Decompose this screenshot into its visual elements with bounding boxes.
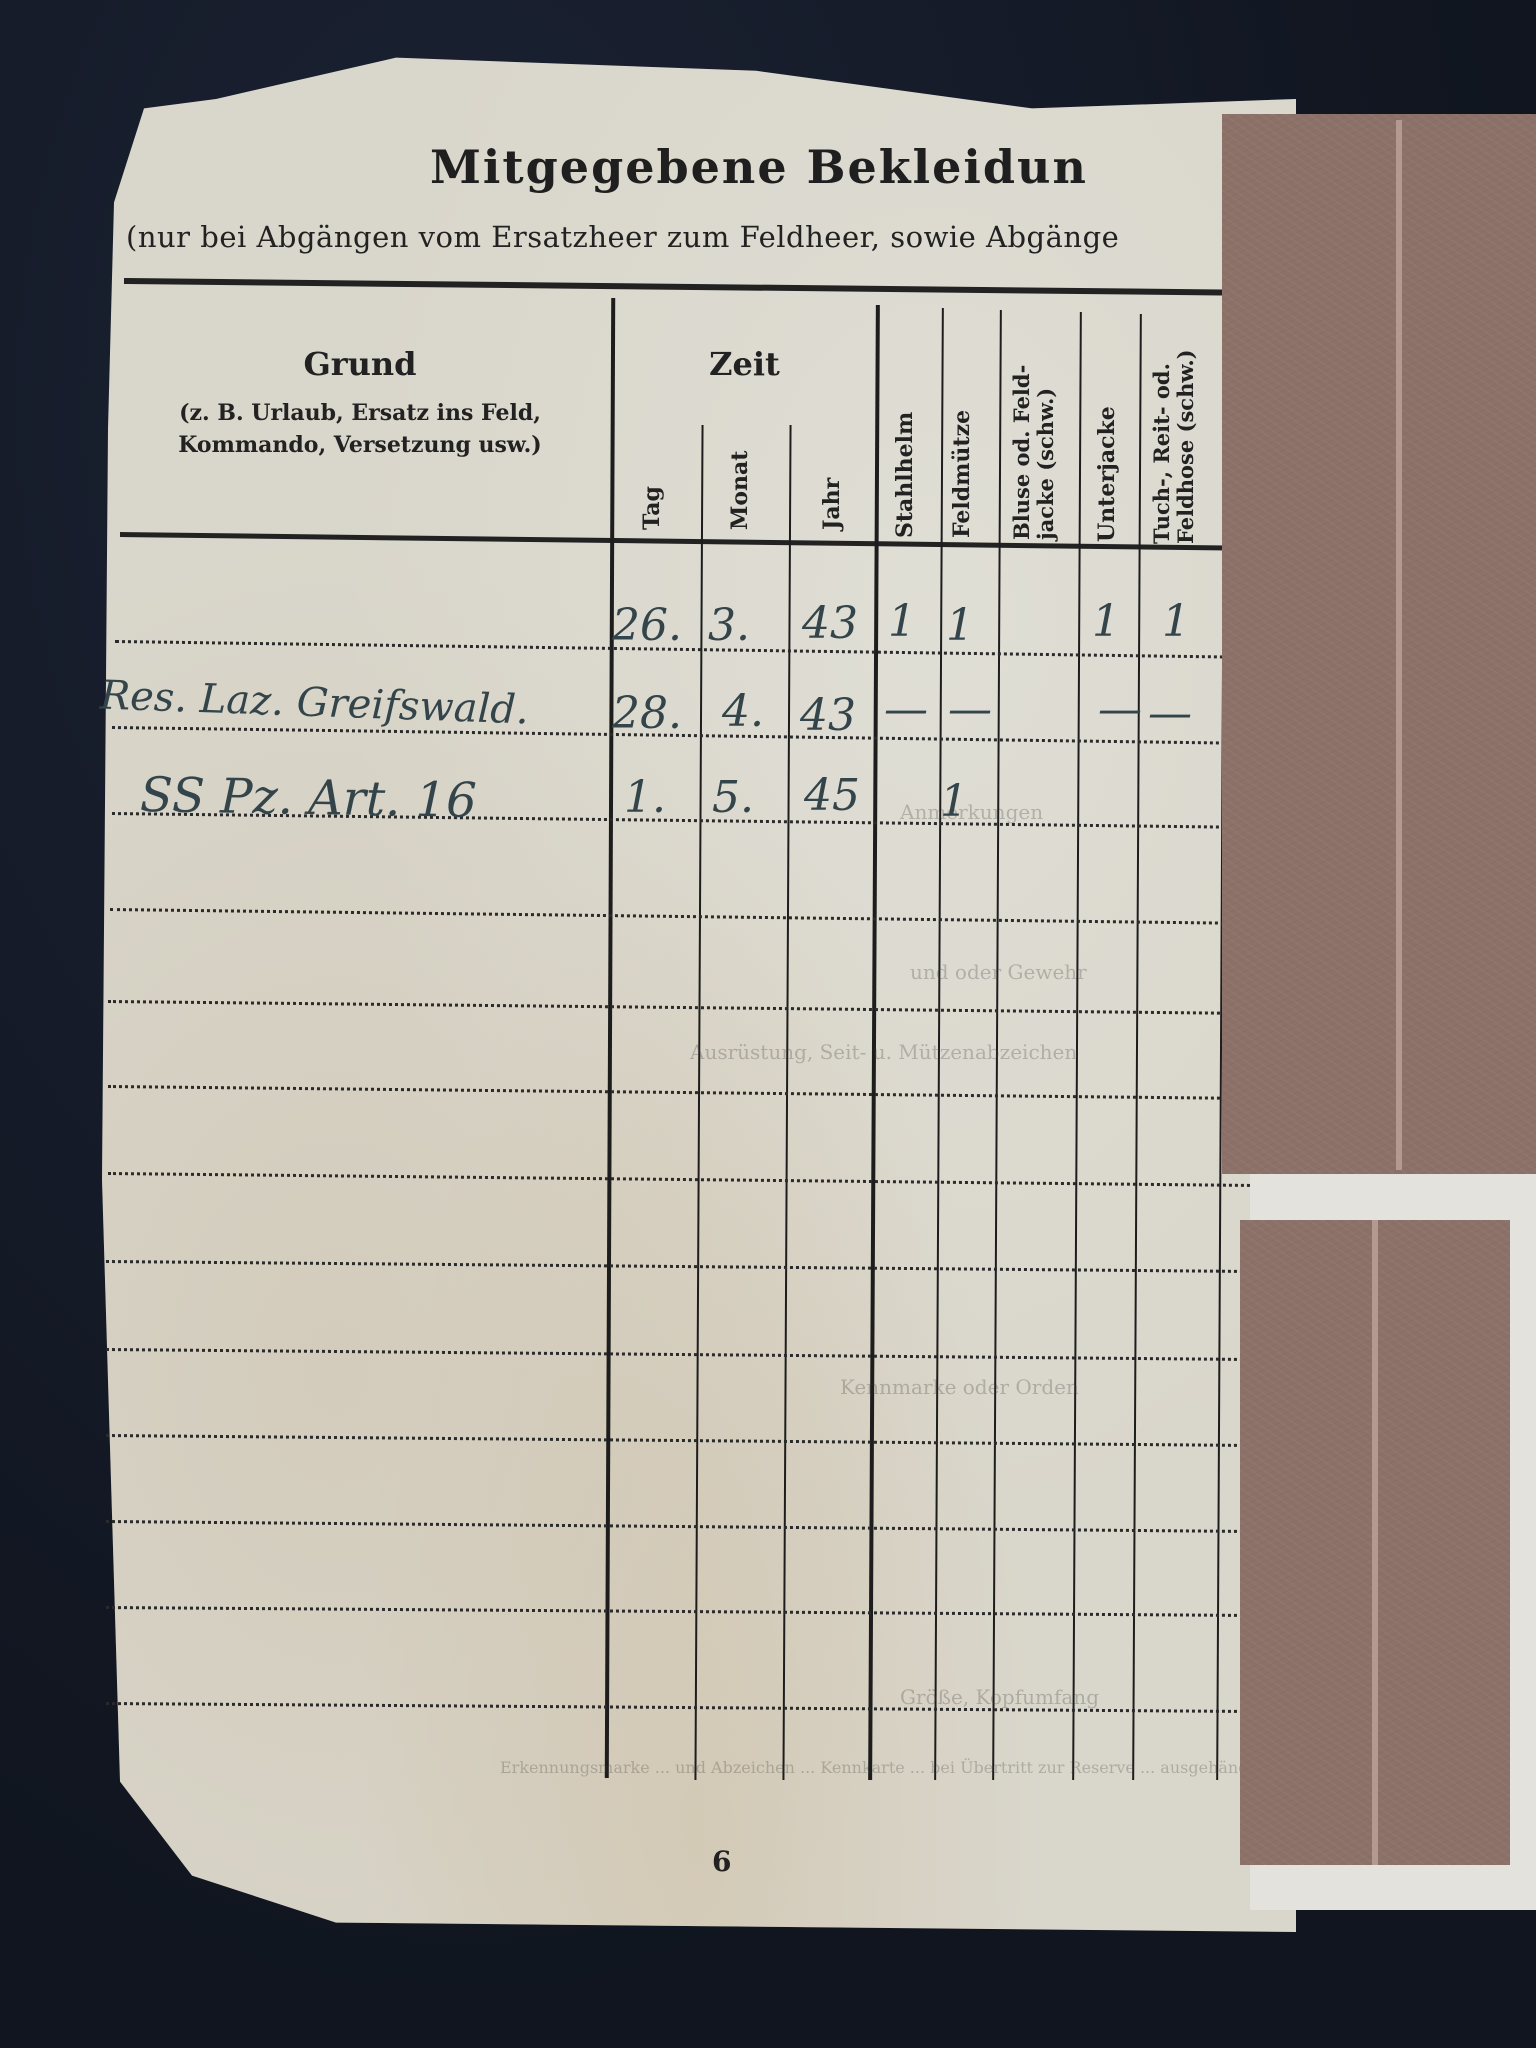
row3-monat: 5. [712,772,754,823]
cover-fold-lower [1372,1220,1378,1865]
bleed-text-5: Größe, Kopfumfang [900,1685,1099,1709]
bleed-text-4: Kennmarke oder Orden [840,1375,1079,1399]
bluse-label: Bluse od. Feld-jacke (schw.) [1010,330,1058,540]
cover-fold-upper [1396,120,1402,1170]
bleed-text-1: Anmerkungen [900,800,1043,824]
footer-faint-text: Erkennungsmarke ... und Abzeichen ... Ke… [500,1758,1270,1777]
column-header-stahlhelm: Stahlhelm [893,412,917,538]
hose-label: Tuch-, Reit- od.Feldhose (schw.) [1150,334,1198,544]
row1-stahlhelm: 1 [888,596,916,647]
page-title: Mitgegebene Bekleidun [430,140,1088,194]
bleed-text-3: Ausrüstung, Seit- u. Mützenabzeichen [690,1040,1077,1064]
row3-tag: 1. [624,772,666,823]
page-number: 6 [712,1845,731,1878]
column-header-monat: Monat [728,451,752,530]
column-header-feldmuetze: Feldmütze [950,410,974,538]
row3-jahr: 45 [804,770,860,821]
grund-hint-line1: (z. B. Urlaub, Ersatz ins Feld, [120,397,600,429]
cover-strip-upper [1222,114,1536,1174]
row2-unterjacke: — [1098,684,1142,735]
row1-jahr: 43 [802,598,858,649]
row1-tag: 26. [612,600,682,651]
row1-feldmuetze: 1 [946,600,974,651]
column-header-tag: Tag [640,486,664,530]
bleed-text-2: und oder Gewehr [910,960,1087,984]
row1-monat: 3. [708,600,750,651]
column-header-unterjacke: Unterjacke [1095,406,1119,542]
page-subtitle: (nur bei Abgängen vom Ersatzheer zum Fel… [126,220,1119,254]
column-header-zeit: Zeit [612,345,877,383]
row2-feldmuetze: — [948,684,992,735]
row1-unterjacke: 1 [1092,596,1120,647]
row2-monat: 4. [722,686,764,737]
row2-jahr: 43 [800,690,856,741]
column-header-hose: Tuch-, Reit- od.Feldhose (schw.) [1150,324,1198,544]
row2-stahlhelm: — [884,684,928,735]
row2-hose: — [1148,688,1192,739]
row2-tag: 28. [612,688,682,739]
grund-label: Grund [120,345,600,383]
column-header-jahr: Jahr [820,478,844,530]
column-header-grund: Grund (z. B. Urlaub, Ersatz ins Feld, Ko… [120,345,600,461]
row3-grund: SS Pz. Art. 16 [140,767,478,829]
row1-hose: 1 [1162,596,1190,647]
grund-hint-line2: Kommando, Versetzung usw.) [120,429,600,461]
column-header-bluse: Bluse od. Feld-jacke (schw.) [1010,320,1058,540]
